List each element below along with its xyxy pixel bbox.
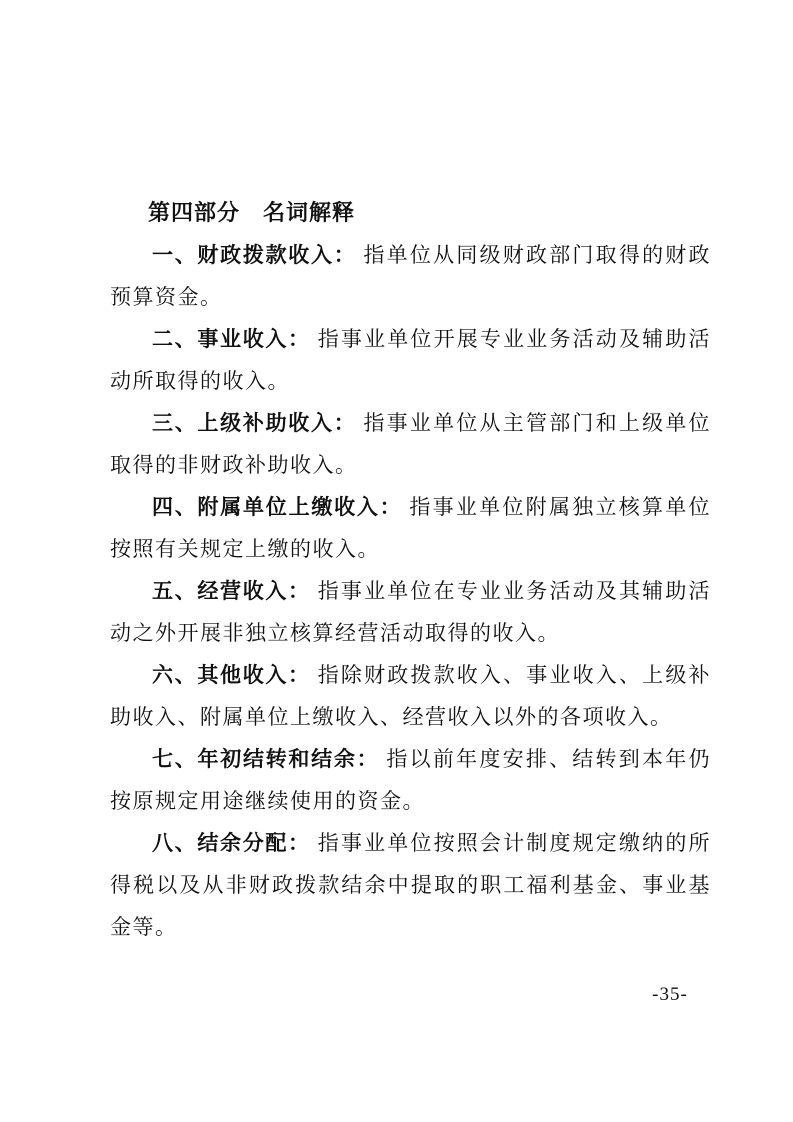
term-label: 二、事业收入： [152, 327, 311, 351]
definition-paragraph: 四、附属单位上缴收入：指事业单位附属独立核算单位按照有关规定上缴的收入。 [110, 486, 711, 570]
term-label: 八、结余分配： [152, 831, 311, 855]
term-label: 五、经营收入： [152, 579, 311, 603]
document-page: 第四部分 名词解释 一、财政拨款收入：指单位从同级财政部门取得的财政预算资金。 … [0, 0, 793, 1122]
definition-paragraph: 五、经营收入：指事业单位在专业业务活动及其辅助活动之外开展非独立核算经营活动取得… [110, 570, 711, 654]
definition-paragraph: 七、年初结转和结余：指以前年度安排、结转到本年仍按原规定用途继续使用的资金。 [110, 738, 711, 822]
definition-paragraph: 二、事业收入：指事业单位开展专业业务活动及辅助活动所取得的收入。 [110, 318, 711, 402]
page-content: 第四部分 名词解释 一、财政拨款收入：指单位从同级财政部门取得的财政预算资金。 … [110, 192, 711, 948]
term-label: 六、其他收入： [152, 663, 311, 687]
definition-paragraph: 一、财政拨款收入：指单位从同级财政部门取得的财政预算资金。 [110, 234, 711, 318]
term-label: 一、财政拨款收入： [152, 243, 356, 267]
term-label: 三、上级补助收入： [152, 411, 356, 435]
definition-paragraph: 八、结余分配：指事业单位按照会计制度规定缴纳的所得税以及从非财政拨款结余中提取的… [110, 822, 711, 948]
term-label: 四、附属单位上缴收入： [152, 495, 402, 519]
definition-paragraph: 三、上级补助收入：指事业单位从主管部门和上级单位取得的非财政补助收入。 [110, 402, 711, 486]
definition-paragraph: 六、其他收入：指除财政拨款收入、事业收入、上级补助收入、附属单位上缴收入、经营收… [110, 654, 711, 738]
term-label: 七、年初结转和结余： [152, 747, 379, 771]
page-number: -35- [630, 984, 710, 1006]
section-title: 第四部分 名词解释 [110, 192, 711, 234]
